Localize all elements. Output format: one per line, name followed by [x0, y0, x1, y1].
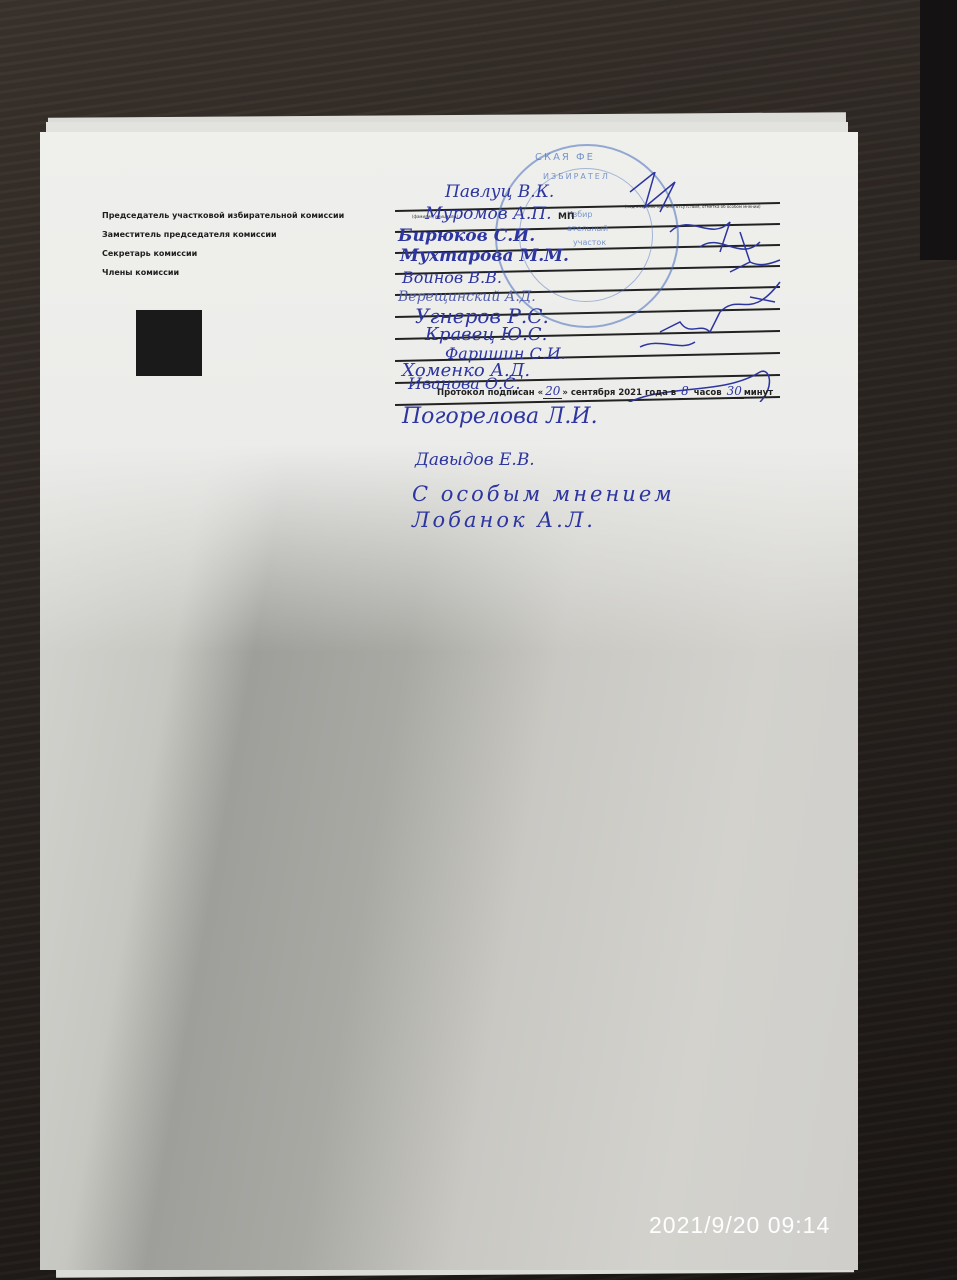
signature-name: Мухтарова М.М.	[400, 246, 569, 266]
signature-name: Верещинский А.Д.	[398, 289, 536, 305]
extra-signature: Давыдов Е.В.	[415, 450, 535, 470]
signature-scribbles	[600, 172, 790, 402]
extra-signature: Лобанок А.Л.	[412, 508, 596, 532]
qr-code-block	[136, 310, 202, 376]
signature-name: Бирюков С.И.	[398, 226, 535, 246]
protocol-prefix: Протокол подписан «	[437, 388, 543, 398]
role-secretary: Секретарь комиссии	[102, 244, 344, 263]
signature-name: Муромов А.П.	[425, 204, 552, 224]
protocol-minutes: 30	[725, 384, 744, 399]
protocol-minutes-label: минут	[744, 388, 773, 398]
commission-role-labels: Председатель участковой избирательной ко…	[102, 206, 344, 282]
signature-name: Павлуц В.К.	[445, 182, 554, 202]
protocol-signed-line: Протокол подписан «20» сентября 2021 год…	[437, 384, 773, 398]
role-chairman: Председатель участковой избирательной ко…	[102, 206, 344, 225]
special-opinion-note: С особым мнением	[412, 482, 675, 506]
protocol-page: Председатель участковой избирательной ко…	[40, 132, 858, 1270]
seal-text-top: СКАЯ ФЕ	[535, 152, 595, 163]
role-deputy-chairman: Заместитель председателя комиссии	[102, 225, 344, 244]
role-members: Члены комиссии	[102, 263, 344, 282]
dark-object-edge	[920, 0, 957, 260]
signature-name: Воинов В.В.	[402, 268, 502, 287]
protocol-day: 20	[543, 384, 562, 399]
protocol-hours-label: часов	[694, 388, 722, 398]
protocol-hours: 8	[679, 384, 691, 399]
photo-timestamp: 2021/9/20 09:14	[649, 1212, 830, 1239]
seal-place-label: МП	[558, 212, 575, 222]
extra-signature: Погорелова Л.И.	[402, 404, 598, 429]
protocol-month-year: » сентября 2021 года в	[562, 388, 676, 398]
signature-name: Кравец Ю.С.	[425, 324, 547, 345]
